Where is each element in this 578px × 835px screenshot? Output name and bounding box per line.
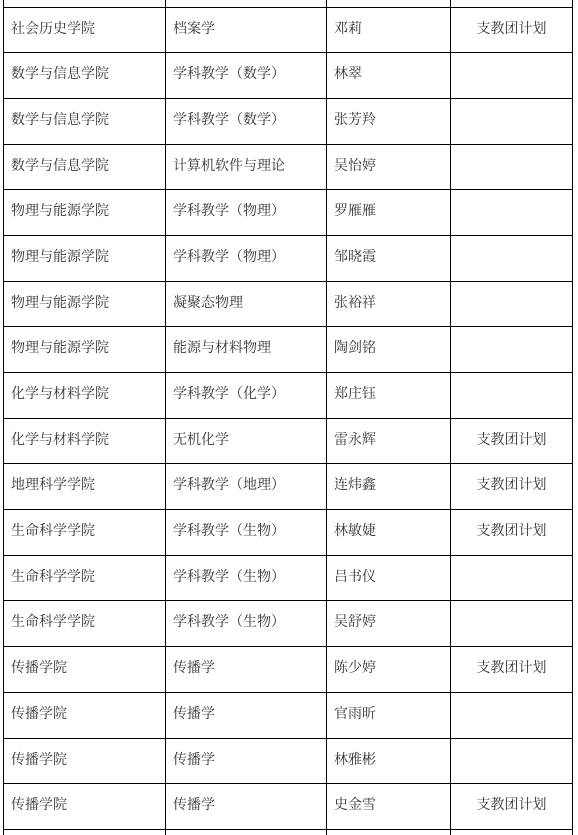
cell-empty bbox=[4, 0, 166, 7]
cell-note bbox=[451, 601, 573, 647]
cell-empty bbox=[4, 829, 166, 835]
cell-college: 数学与信息学院 bbox=[4, 98, 166, 144]
cell-major: 学科教学（生物） bbox=[166, 555, 327, 601]
cell-college: 化学与材料学院 bbox=[4, 418, 166, 464]
cell-major: 学科教学（物理） bbox=[166, 190, 327, 236]
cell-note: 支教团计划 bbox=[451, 464, 573, 510]
cell-empty bbox=[451, 829, 573, 835]
cell-name: 张裕祥 bbox=[327, 281, 451, 327]
document-viewport: 社会历史学院 档案学 邓莉 支教团计划 数学与信息学院 学科教学（数学） 林翠 … bbox=[0, 0, 578, 835]
roster-table: 社会历史学院 档案学 邓莉 支教团计划 数学与信息学院 学科教学（数学） 林翠 … bbox=[3, 0, 573, 835]
cell-major: 学科教学（地理） bbox=[166, 464, 327, 510]
cell-name: 罗雁雁 bbox=[327, 190, 451, 236]
table-row: 传播学院 传播学 陈少婷 支教团计划 bbox=[4, 647, 573, 693]
table-row: 生命科学学院 学科教学（生物） 吴舒婷 bbox=[4, 601, 573, 647]
cell-major: 传播学 bbox=[166, 647, 327, 693]
cell-note bbox=[451, 692, 573, 738]
cell-note bbox=[451, 373, 573, 419]
cell-name: 吕书仪 bbox=[327, 555, 451, 601]
cell-empty bbox=[451, 0, 573, 7]
cell-note: 支教团计划 bbox=[451, 7, 573, 53]
cell-note bbox=[451, 53, 573, 99]
cell-empty bbox=[327, 829, 451, 835]
cell-empty bbox=[327, 0, 451, 7]
cell-major: 能源与材料物理 bbox=[166, 327, 327, 373]
cell-major: 学科教学（物理） bbox=[166, 235, 327, 281]
cell-college: 物理与能源学院 bbox=[4, 190, 166, 236]
cell-note bbox=[451, 281, 573, 327]
cell-note: 支教团计划 bbox=[451, 510, 573, 556]
table-row: 数学与信息学院 计算机软件与理论 吴怡婷 bbox=[4, 144, 573, 190]
cell-name: 史金雪 bbox=[327, 784, 451, 830]
table-row: 化学与材料学院 无机化学 雷永辉 支教团计划 bbox=[4, 418, 573, 464]
cell-note bbox=[451, 738, 573, 784]
cell-name: 张芳羚 bbox=[327, 98, 451, 144]
cell-major: 学科教学（生物） bbox=[166, 510, 327, 556]
cell-name: 邹晓霞 bbox=[327, 235, 451, 281]
cell-college: 物理与能源学院 bbox=[4, 281, 166, 327]
table-row: 生命科学学院 学科教学（生物） 林敏婕 支教团计划 bbox=[4, 510, 573, 556]
cell-college: 物理与能源学院 bbox=[4, 235, 166, 281]
cell-note: 支教团计划 bbox=[451, 418, 573, 464]
cell-college: 数学与信息学院 bbox=[4, 53, 166, 99]
cell-name: 林敏婕 bbox=[327, 510, 451, 556]
table-row: 传播学院 传播学 官雨昕 bbox=[4, 692, 573, 738]
table-row: 地理科学学院 学科教学（地理） 连炜鑫 支教团计划 bbox=[4, 464, 573, 510]
cell-major: 学科教学（生物） bbox=[166, 601, 327, 647]
cell-college: 传播学院 bbox=[4, 738, 166, 784]
cell-major: 计算机软件与理论 bbox=[166, 144, 327, 190]
table-row: 传播学院 传播学 史金雪 支教团计划 bbox=[4, 784, 573, 830]
table-row: 社会历史学院 档案学 邓莉 支教团计划 bbox=[4, 7, 573, 53]
table-row-partial-bottom bbox=[4, 829, 573, 835]
cell-name: 林雅彬 bbox=[327, 738, 451, 784]
cell-name: 陶剑铭 bbox=[327, 327, 451, 373]
table-row: 传播学院 传播学 林雅彬 bbox=[4, 738, 573, 784]
cell-note: 支教团计划 bbox=[451, 647, 573, 693]
cell-college: 生命科学学院 bbox=[4, 555, 166, 601]
cell-note bbox=[451, 144, 573, 190]
cell-name: 林翠 bbox=[327, 53, 451, 99]
cell-note bbox=[451, 555, 573, 601]
cell-college: 生命科学学院 bbox=[4, 510, 166, 556]
cell-name: 吴舒婷 bbox=[327, 601, 451, 647]
cell-college: 传播学院 bbox=[4, 647, 166, 693]
cell-name: 连炜鑫 bbox=[327, 464, 451, 510]
cell-major: 学科教学（数学） bbox=[166, 53, 327, 99]
cell-major: 传播学 bbox=[166, 784, 327, 830]
cell-college: 社会历史学院 bbox=[4, 7, 166, 53]
cell-name: 郑庄钰 bbox=[327, 373, 451, 419]
cell-college: 化学与材料学院 bbox=[4, 373, 166, 419]
cell-note bbox=[451, 98, 573, 144]
table-row: 数学与信息学院 学科教学（数学） 张芳羚 bbox=[4, 98, 573, 144]
cell-college: 数学与信息学院 bbox=[4, 144, 166, 190]
cell-major: 凝聚态物理 bbox=[166, 281, 327, 327]
cell-major: 无机化学 bbox=[166, 418, 327, 464]
table-row: 物理与能源学院 学科教学（物理） 罗雁雁 bbox=[4, 190, 573, 236]
table-row: 物理与能源学院 学科教学（物理） 邹晓霞 bbox=[4, 235, 573, 281]
cell-major: 学科教学（化学） bbox=[166, 373, 327, 419]
cell-name: 吴怡婷 bbox=[327, 144, 451, 190]
cell-major: 档案学 bbox=[166, 7, 327, 53]
cell-college: 物理与能源学院 bbox=[4, 327, 166, 373]
cell-name: 雷永辉 bbox=[327, 418, 451, 464]
cell-name: 官雨昕 bbox=[327, 692, 451, 738]
table-row-partial-top bbox=[4, 0, 573, 7]
table-row: 化学与材料学院 学科教学（化学） 郑庄钰 bbox=[4, 373, 573, 419]
cell-major: 传播学 bbox=[166, 738, 327, 784]
cell-name: 邓莉 bbox=[327, 7, 451, 53]
table-row: 物理与能源学院 凝聚态物理 张裕祥 bbox=[4, 281, 573, 327]
cell-note bbox=[451, 327, 573, 373]
cell-college: 生命科学学院 bbox=[4, 601, 166, 647]
cell-major: 学科教学（数学） bbox=[166, 98, 327, 144]
cell-college: 传播学院 bbox=[4, 784, 166, 830]
cell-note: 支教团计划 bbox=[451, 784, 573, 830]
table-row: 物理与能源学院 能源与材料物理 陶剑铭 bbox=[4, 327, 573, 373]
cell-empty bbox=[166, 0, 327, 7]
cell-name: 陈少婷 bbox=[327, 647, 451, 693]
table-row: 数学与信息学院 学科教学（数学） 林翠 bbox=[4, 53, 573, 99]
table-row: 生命科学学院 学科教学（生物） 吕书仪 bbox=[4, 555, 573, 601]
cell-major: 传播学 bbox=[166, 692, 327, 738]
cell-empty bbox=[166, 829, 327, 835]
cell-note bbox=[451, 190, 573, 236]
cell-college: 地理科学学院 bbox=[4, 464, 166, 510]
cell-college: 传播学院 bbox=[4, 692, 166, 738]
cell-note bbox=[451, 235, 573, 281]
